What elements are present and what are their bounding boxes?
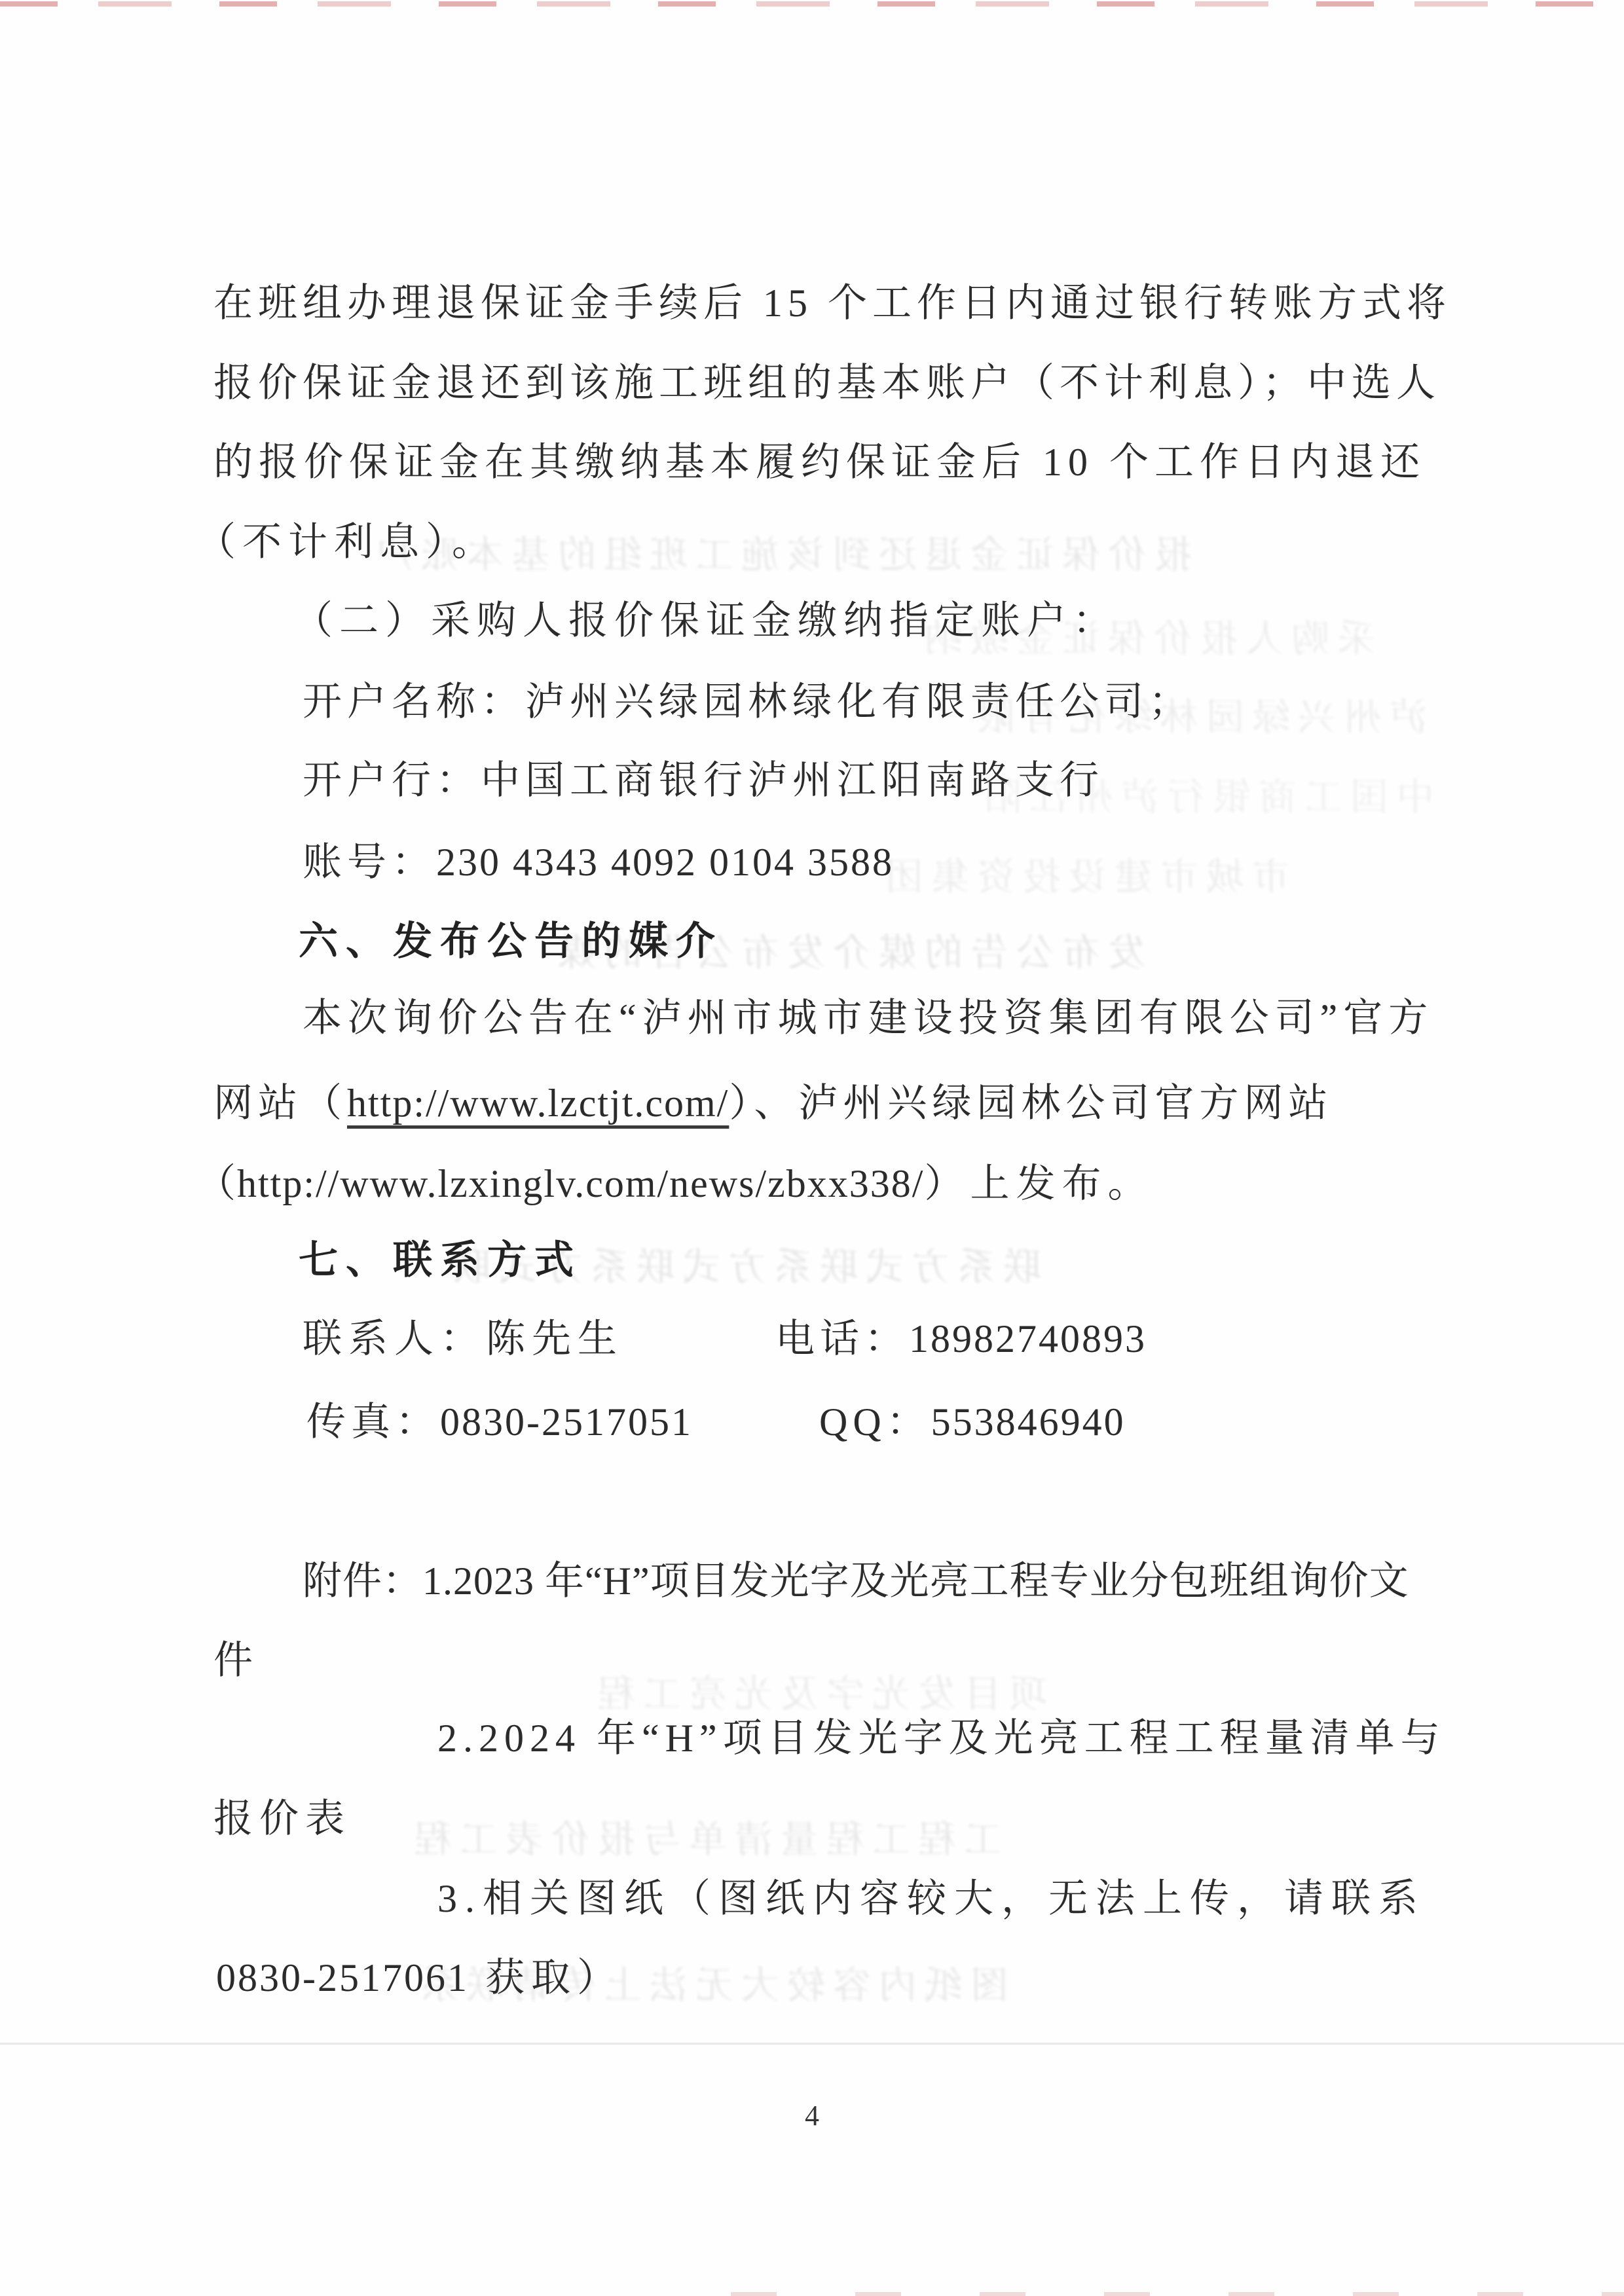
footer-rule	[0, 2043, 1624, 2045]
phone-number: 18982740893	[909, 1317, 1147, 1360]
qq-label: QQ：	[819, 1400, 931, 1444]
url-lzxinglv: http://www.lzxinglv.com/news/zbxx338/	[237, 1162, 924, 1205]
attachment-line-2: 2.2024 年“H”项目发光字及光亮工程工程量清单与	[437, 1717, 1446, 1760]
refund-paragraph-line-3: 的报价保证金在其缴纳基本履约保证金后 10 个工作日内退还	[213, 441, 1426, 484]
contact-fax: 传真：0830-2517051	[306, 1400, 693, 1444]
media-line-2: 网站（http://www.lzctjt.com/）、泸州兴绿园林公司官方网站	[213, 1082, 1333, 1125]
attachment-line-2-cont: 报价表	[213, 1797, 351, 1840]
media-line-3-suffix: ）上发布。	[924, 1162, 1153, 1205]
contact-qq: QQ：553846940	[819, 1400, 1126, 1444]
hyperlink-url-lzctjt: http://www.lzctjt.com/	[347, 1082, 729, 1125]
account-name-line: 开户名称：泸州兴绿园林绿化有限责任公司；	[303, 680, 1193, 723]
attachment-line-1-cont: 件	[213, 1639, 253, 1682]
attachment-line-1: 附件：1.2023 年“H”项目发光字及光亮工程专业分包班组询价文	[303, 1559, 1409, 1603]
refund-paragraph-line-2: 报价保证金退还到该施工班组的基本账户（不计利息）；中选人	[213, 361, 1441, 405]
page-number: 4	[805, 2099, 819, 2132]
phone-label: 电话：	[775, 1317, 909, 1360]
media-line-2-suffix: ）、泸州兴绿园林公司官方网站	[729, 1082, 1333, 1125]
account-number-line: 账号：230 4343 4092 0104 3588	[303, 841, 894, 884]
refund-paragraph-line-4: （不计利息）。	[196, 520, 498, 564]
drawings-phone-rest: 获取）	[469, 1956, 623, 1999]
ghost-text: 项目发光字及光亮工程	[589, 1663, 1048, 1718]
media-line-1: 本次询价公告在“泸州市城市建设投资集团有限公司”官方	[303, 996, 1433, 1040]
section-7-heading: 七、联系方式	[299, 1239, 581, 1282]
media-line-3: （http://www.lzxinglv.com/news/zbxx338/）上…	[196, 1162, 1153, 1205]
contact-phone: 电话：18982740893	[775, 1317, 1147, 1360]
bottom-edge-scan-marks	[731, 2292, 1624, 2296]
fax-number: 0830-2517051	[440, 1400, 693, 1444]
contact-person: 联系人：陈先生	[303, 1317, 623, 1360]
document-page: 报价保证金退还到该施工班组的基本账户 采购人报价保证金缴纳 泸州兴绿园林绿化有限…	[0, 0, 1624, 2296]
media-line-2-prefix: 网站（	[213, 1082, 347, 1125]
bank-branch-line: 开户行：中国工商银行泸州江阳南路支行	[303, 759, 1104, 802]
qq-number: 553846940	[931, 1400, 1126, 1444]
ghost-text: 市城市建设投资集团	[877, 846, 1290, 901]
section-6-heading: 六、发布公告的媒介	[299, 920, 723, 963]
fax-label: 传真：	[306, 1400, 440, 1444]
drawings-phone-number: 0830-2517061	[216, 1956, 469, 1999]
ghost-text: 工程工程量清单与报价表工程	[406, 1808, 1002, 1863]
attachment-line-3-cont: 0830-2517061 获取）	[216, 1956, 623, 1999]
account-number-label: 账号：	[303, 841, 436, 884]
top-edge-scan-marks	[0, 1, 1624, 7]
refund-paragraph-line-1: 在班组办理退保证金手续后 15 个工作日内通过银行转账方式将	[213, 282, 1451, 325]
attachment-line-3: 3.相关图纸（图纸内容较大，无法上传，请联系	[437, 1877, 1426, 1920]
account-number-value: 230 4343 4092 0104 3588	[436, 841, 894, 884]
section-2-heading: （二）采购人报价保证金缴纳指定账户：	[293, 599, 1118, 642]
media-line-3-open-paren: （	[196, 1162, 237, 1205]
